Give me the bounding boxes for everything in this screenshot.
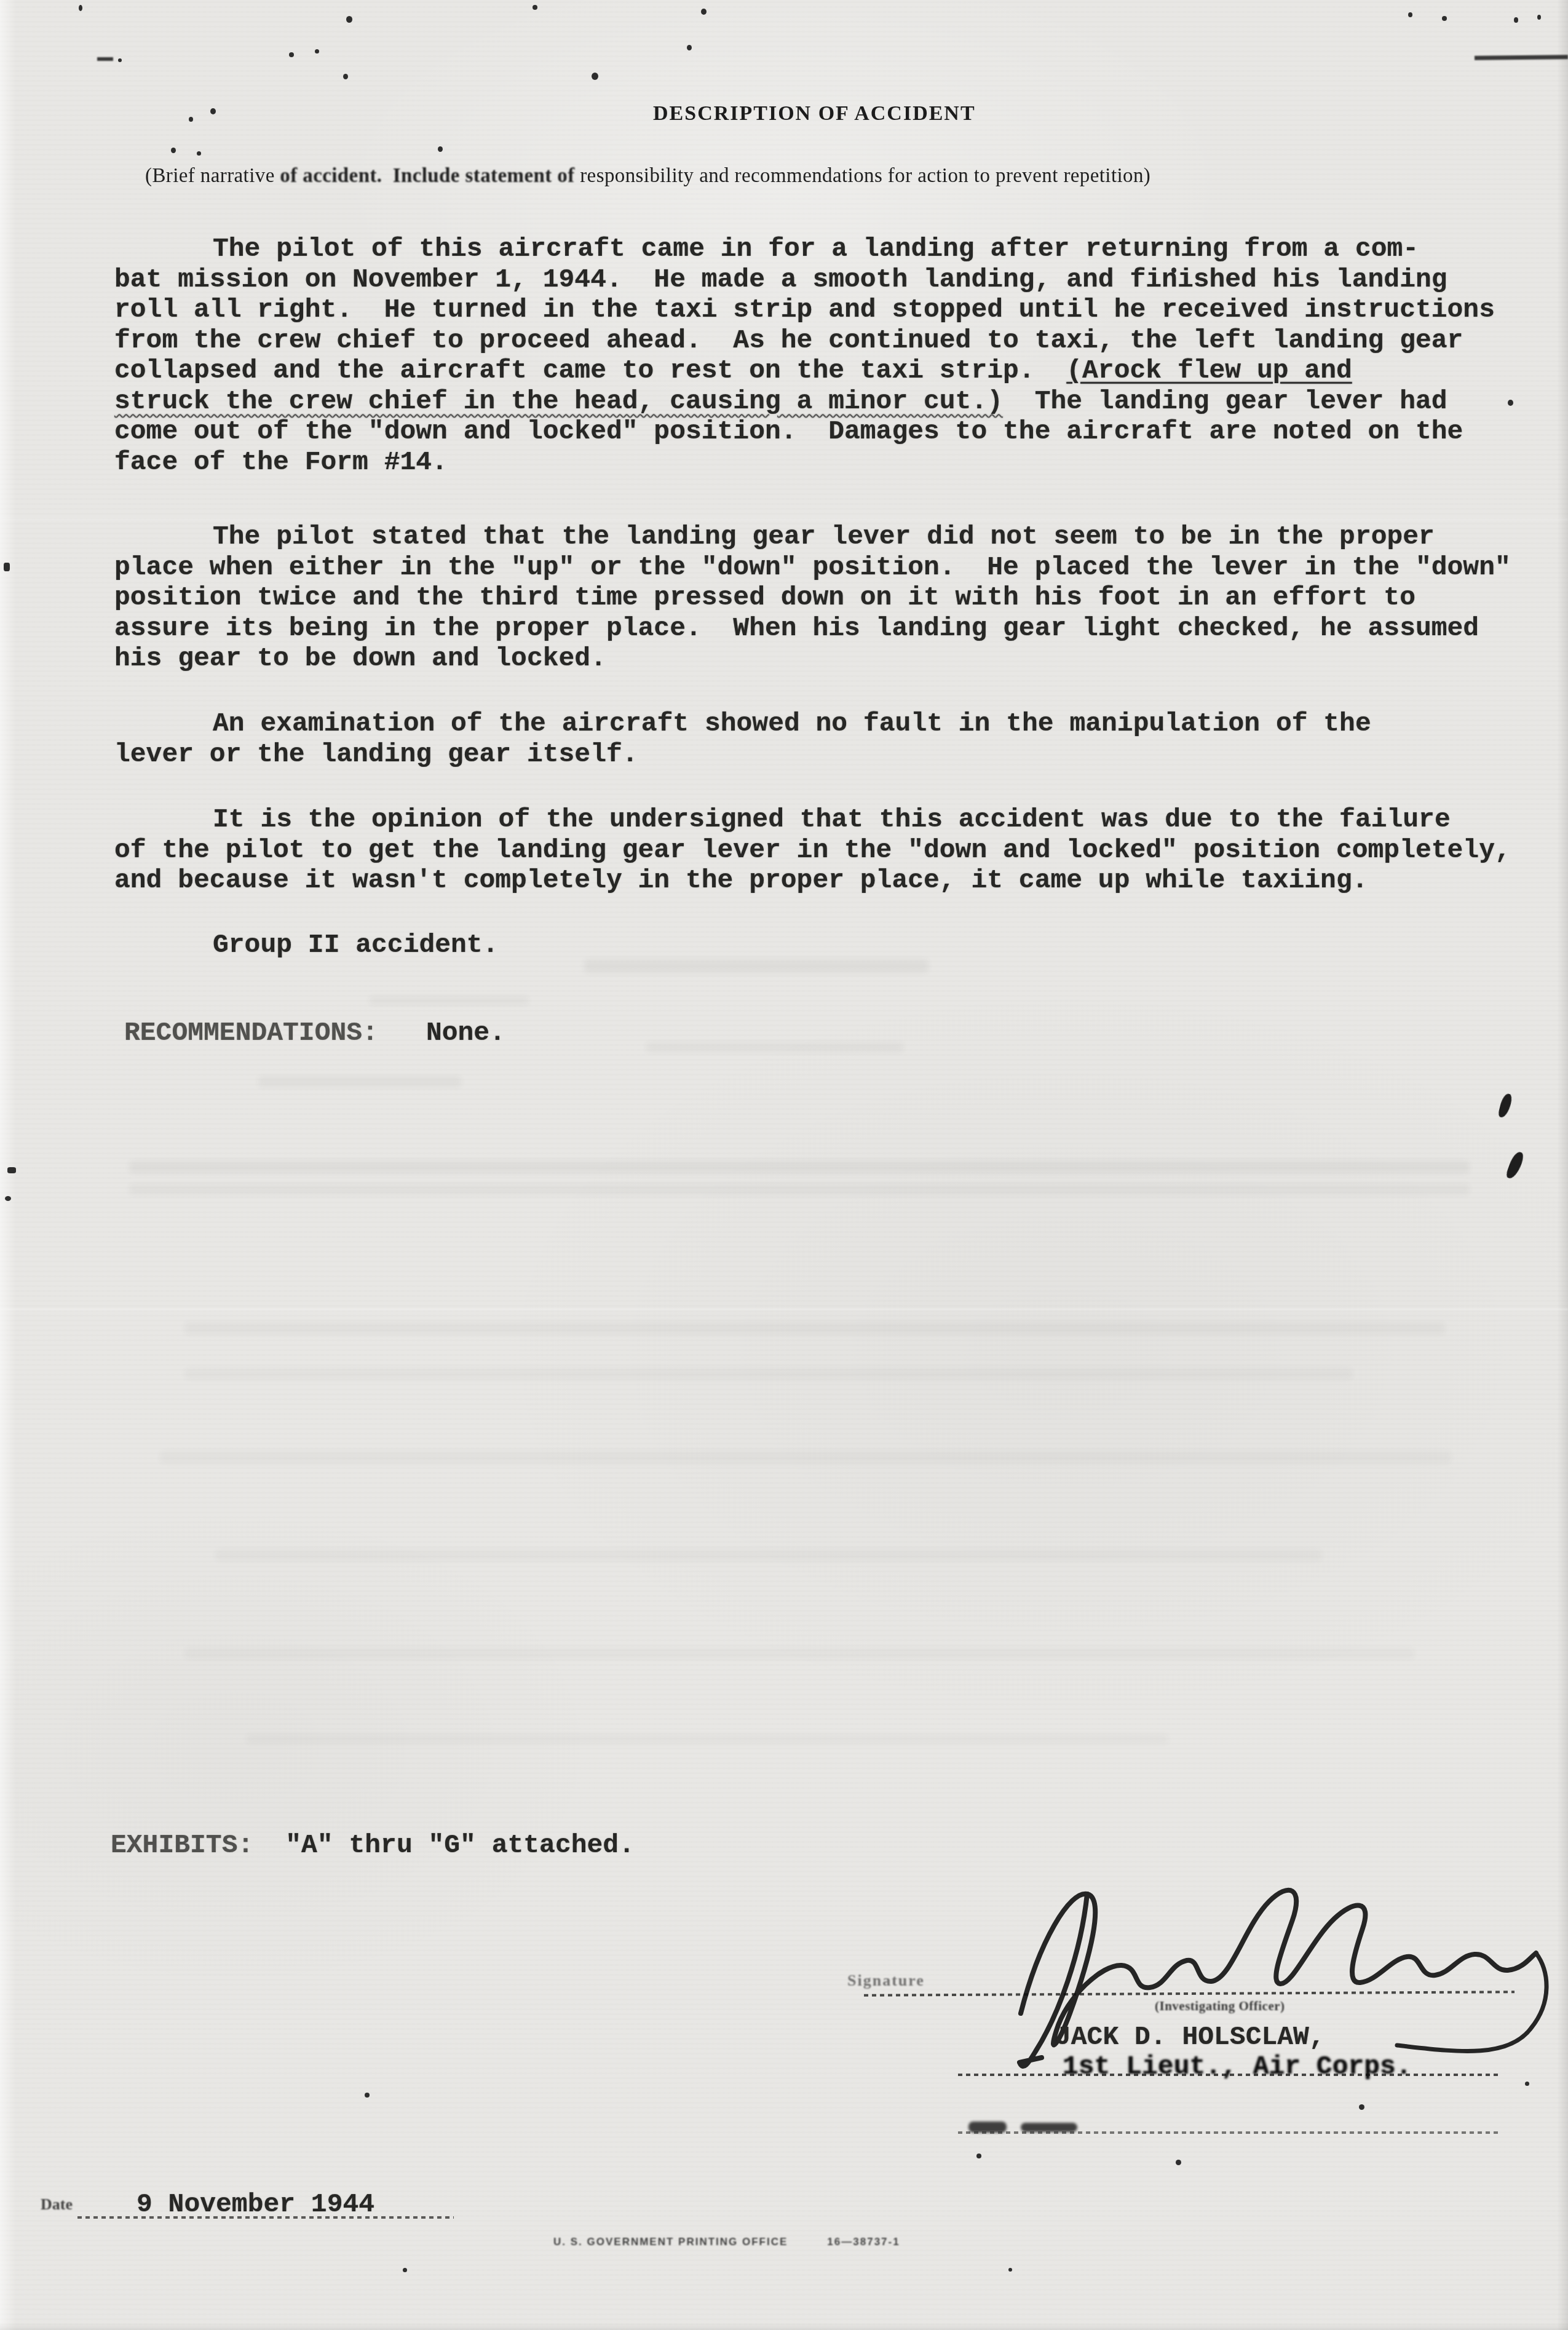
bleed-through-smudge bbox=[246, 1734, 1168, 1744]
bleed-through-smudge bbox=[184, 1368, 1353, 1379]
ink-speck bbox=[197, 151, 201, 156]
narrative-line: his gear to be down and locked. bbox=[114, 643, 1511, 674]
narrative-line: collapsed and the aircraft came to rest … bbox=[114, 355, 1495, 386]
narrative-paragraph-3: An examination of the aircraft showed no… bbox=[114, 708, 1371, 769]
exhibits-section: EXHIBITS:"A" thru "G" attached. bbox=[111, 1830, 635, 1861]
bleed-through-smudge bbox=[129, 1161, 1470, 1173]
typed-date-value: 9 November 1944 bbox=[137, 2189, 374, 2220]
narrative-line: and because it wasn't completely in the … bbox=[114, 865, 1511, 896]
ink-speck bbox=[1514, 17, 1518, 23]
ink-speck bbox=[171, 148, 176, 153]
bleed-through-smudge bbox=[184, 1648, 1414, 1659]
ink-speck bbox=[5, 1196, 11, 1201]
ink-speck bbox=[1508, 400, 1513, 406]
bleed-through-smudge bbox=[584, 959, 929, 973]
paper-crease bbox=[0, 518, 1568, 520]
ink-speck bbox=[701, 9, 707, 15]
narrative-line: The pilot of this aircraft came in for a… bbox=[114, 234, 1495, 264]
ink-blot bbox=[1505, 1150, 1526, 1180]
signature-field-label: Signature bbox=[847, 1971, 925, 1990]
narrative-line: It is the opinion of the undersigned tha… bbox=[114, 804, 1511, 835]
paper-edge-shadow bbox=[1557, 0, 1568, 2330]
ink-smudge bbox=[968, 2122, 1007, 2133]
date-field-label: Date bbox=[41, 2195, 73, 2214]
narrative-text: The landing gear lever had bbox=[1003, 386, 1447, 416]
ink-speck bbox=[365, 2093, 370, 2098]
exhibits-line: EXHIBITS:"A" thru "G" attached. bbox=[111, 1830, 635, 1861]
bleed-through-smudge bbox=[258, 1076, 461, 1087]
paper-edge-shadow-bottom bbox=[0, 2323, 1568, 2330]
ink-speck bbox=[189, 117, 193, 122]
narrative-paragraph-4: It is the opinion of the undersigned tha… bbox=[114, 804, 1511, 896]
page-subtitle: (Brief narrative of accident. Include st… bbox=[145, 165, 1150, 188]
ink-speck bbox=[438, 146, 443, 152]
narrative-line: roll all right. He turned in the taxi st… bbox=[114, 295, 1495, 325]
bleed-through-smudge bbox=[184, 1322, 1445, 1334]
narrative-line: An examination of the aircraft showed no… bbox=[114, 708, 1371, 739]
recommendations-section: RECOMMENDATIONS:None. bbox=[124, 1018, 505, 1048]
ink-speck bbox=[343, 74, 348, 79]
page-title: DESCRIPTION OF ACCIDENT bbox=[653, 102, 976, 125]
subtitle-text-emphasized: of accident. Include statement of bbox=[280, 165, 574, 187]
narrative-line: Group II accident. bbox=[213, 930, 498, 961]
recommendations-label: RECOMMENDATIONS: bbox=[124, 1018, 378, 1048]
subtitle-text: (Brief narrative bbox=[145, 165, 280, 187]
ink-speck bbox=[1176, 2160, 1181, 2165]
ink-speck bbox=[1008, 2268, 1012, 2272]
ink-speck bbox=[1537, 15, 1541, 20]
bleed-through-smudge bbox=[160, 1451, 1451, 1464]
ink-speck bbox=[1408, 12, 1412, 17]
bleed-through-smudge bbox=[129, 1184, 1470, 1195]
ink-speck bbox=[210, 108, 216, 114]
ink-speck bbox=[403, 2268, 407, 2272]
ink-speck bbox=[976, 2154, 981, 2158]
ink-blot bbox=[1497, 1093, 1513, 1119]
exhibits-value: "A" thru "G" attached. bbox=[285, 1830, 635, 1860]
bleed-through-smudge bbox=[646, 1042, 904, 1052]
recommendations-line: RECOMMENDATIONS:None. bbox=[124, 1018, 505, 1048]
narrative-line: position twice and the third time presse… bbox=[114, 582, 1511, 613]
narrative-paragraph-1: The pilot of this aircraft came in for a… bbox=[114, 234, 1495, 477]
ink-speck bbox=[7, 1167, 16, 1173]
ink-smudge bbox=[1021, 2123, 1077, 2132]
investigating-officer-caption: (Investigating Officer) bbox=[1155, 1999, 1285, 2014]
narrative-line: from the crew chief to proceed ahead. As… bbox=[114, 325, 1495, 356]
narrative-text: collapsed and the aircraft came to rest … bbox=[114, 355, 1066, 386]
narrative-line: place when either in the "up" or the "do… bbox=[114, 552, 1511, 583]
printing-office-footer: U. S. GOVERNMENT PRINTING OFFICE 16—3873… bbox=[553, 2236, 900, 2248]
narrative-line: lever or the landing gear itself. bbox=[114, 739, 1371, 770]
ink-speck bbox=[289, 52, 294, 57]
ink-speck bbox=[79, 5, 82, 11]
scanned-accident-report-page: DESCRIPTION OF ACCIDENT (Brief narrative… bbox=[0, 0, 1568, 2330]
narrative-line: come out of the "down and locked" positi… bbox=[114, 416, 1495, 447]
narrative-line: bat mission on November 1, 1944. He made… bbox=[114, 264, 1495, 295]
recommendations-value: None. bbox=[426, 1018, 505, 1048]
exhibits-label: EXHIBITS: bbox=[111, 1830, 253, 1860]
ink-speck bbox=[346, 16, 352, 23]
form-code: 16—38737-1 bbox=[827, 2236, 900, 2248]
narrative-paragraph-2: The pilot stated that the landing gear l… bbox=[114, 521, 1511, 674]
typed-signature-name: JACK D. HOLSCLAW, bbox=[1055, 2022, 1325, 2053]
typed-signature-rank: 1st Lieut., Air Corps. bbox=[1063, 2051, 1412, 2082]
narrative-line: face of the Form #14. bbox=[114, 447, 1495, 478]
paper-crease bbox=[0, 1309, 1568, 1310]
group-classification-note: Group II accident. bbox=[213, 930, 498, 961]
subtitle-text: responsibility and recommendations for a… bbox=[575, 165, 1151, 187]
ink-speck bbox=[4, 563, 10, 571]
narrative-text-wavy-underlined: struck the crew chief in the head, causi… bbox=[114, 386, 1003, 416]
ink-speck bbox=[118, 58, 122, 62]
ink-speck bbox=[315, 49, 319, 53]
bleed-through-smudge bbox=[369, 996, 529, 1005]
narrative-line: The pilot stated that the landing gear l… bbox=[114, 521, 1511, 552]
bleed-through-smudge bbox=[215, 1550, 1322, 1561]
ink-speck bbox=[687, 45, 692, 50]
paper-edge-highlight bbox=[0, 0, 16, 2330]
scan-streak bbox=[97, 57, 113, 61]
printing-office-text: U. S. GOVERNMENT PRINTING OFFICE bbox=[553, 2236, 788, 2248]
narrative-line: assure its being in the proper place. Wh… bbox=[114, 613, 1511, 644]
ink-speck bbox=[533, 5, 537, 10]
ink-speck bbox=[1359, 2104, 1364, 2110]
ink-speck bbox=[592, 73, 598, 80]
narrative-text-underlined: (Arock flew up and bbox=[1066, 355, 1352, 386]
scan-streak bbox=[1475, 55, 1568, 60]
narrative-line: of the pilot to get the landing gear lev… bbox=[114, 835, 1511, 866]
ink-speck bbox=[1442, 16, 1447, 21]
narrative-line: struck the crew chief in the head, causi… bbox=[114, 386, 1495, 417]
